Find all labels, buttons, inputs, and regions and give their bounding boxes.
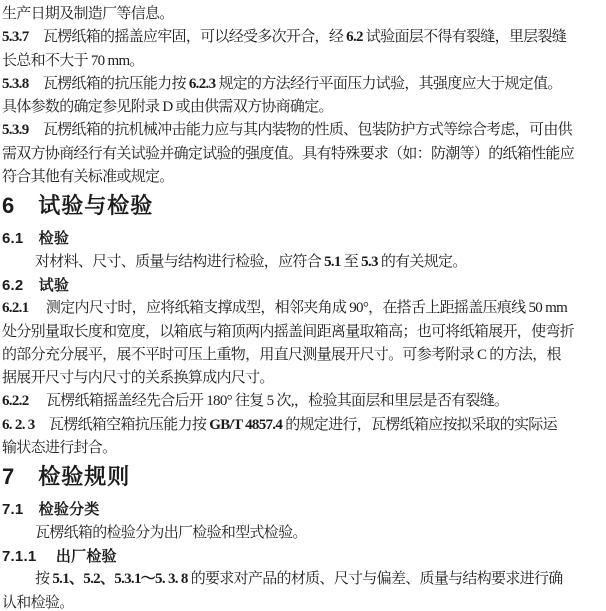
text-run: 试验面层不得有裂缝，里层裂缝 [363,29,566,45]
bold-text-run: 5.1 [324,254,341,270]
bold-text-run: 5.3 [361,254,378,270]
text-run: 长总和不大于 70 mm。 [2,53,144,69]
heading-6-1: 6.1 检验 [2,227,606,250]
heading-6-2: 6.2 试验 [2,274,606,297]
text-run: 瓦楞纸箱摇盖经先合后开 180° 往复 5 次,，检验其面层和里层是否有裂缝。 [29,393,509,409]
heading-section-7: 7 检验规则 [2,462,606,492]
para-5-3-9-line-1: 5.3.9 瓦楞纸箱的抗机械冲击能力应与其内装物的性质、包装防护方式等综合考虑，… [2,119,606,142]
text-run: 7 检验规则 [2,464,130,489]
text-run: 需双方协商经行有关试验并确定试验的强度值。具有特殊要求（如：防潮等）的纸箱性能应 [2,146,574,162]
text-run: 具体参数的确定参见附录 D 或由供需双方协商确定。 [2,99,333,115]
text-run: 据展开尺寸与内尺寸的关系换算成内尺寸。 [2,370,274,386]
text-run: 按 [35,571,52,587]
para-6-1-line-1: 对材料、尺寸、质量与结构进行检验，应符合 5.1 至 5.3 的有关规定。 [2,251,606,274]
para-5-3-7-line-2: 长总和不大于 70 mm。 [2,50,606,73]
bold-text-run: 6.2 [346,29,363,45]
text-run: 7.1 检验分类 [2,501,99,518]
para-5-3-8-line-2: 具体参数的确定参见附录 D 或由供需双方协商确定。 [2,96,606,119]
text-run: 瓦楞纸箱的抗压能力按 [29,76,189,92]
text-run: 生产日期及制造厂等信息。 [2,6,174,22]
para-6-2-1-line-2: 处分别量取长度和宽度，以箱底与箱顶两内摇盖间距离量取箱高；也可将纸箱展开，使弯折 [2,321,606,344]
text-run: 测定内尺寸时，应将纸箱支撑成型，相邻夹角成 90°，在搭舌上距摇盖压痕线 50 … [29,300,568,316]
text-run: 的要求对产品的材质、尺寸与偏差、质量与结构要求进行确 [188,571,563,587]
para-5-3-8-line-1: 5.3.8 瓦楞纸箱的抗压能力按 6.2.3 规定的方法经行平面压力试验，其强度… [2,73,606,96]
bold-text-run: 5.3.9 [2,122,29,138]
text-run: 瓦楞纸箱的摇盖应牢固，可以经受多次开合，经 [29,29,347,45]
text-run: 瓦楞纸箱的检验分为出厂检验和型式检验。 [35,525,307,541]
para-6-2-3-line-1: 6. 2. 3 瓦楞纸箱空箱抗压能力按 GB/T 4857.4 的规定进行，瓦楞… [2,414,606,437]
para-7-1-line-1: 瓦楞纸箱的检验分为出厂检验和型式检验。 [2,522,606,545]
text-run: 的部分充分展平，展不平时可压上重物，用直尺测量展开尺寸。可参考附录 C 的方法，… [2,347,561,363]
para-6-2-2-line-1: 6.2.2 瓦楞纸箱摇盖经先合后开 180° 往复 5 次,，检验其面层和里层是… [2,390,606,413]
text-run: 7.1.1 出厂检验 [2,548,117,565]
text-run: 处分别量取长度和宽度，以箱底与箱顶两内摇盖间距离量取箱高；也可将纸箱展开，使弯折 [2,324,574,340]
para-7-1-1-line-2: 认和检验。 [2,592,606,611]
text-run: 的有关规定。 [378,254,467,270]
heading-7-1: 7.1 检验分类 [2,498,606,521]
bold-text-run: 5.1、5.2、5.3.1～5. 3. 8 [52,571,187,587]
bold-text-run: 6. 2. 3 [2,417,35,433]
text-run: 符合其他有关标准或规定。 [2,169,174,185]
para-5-3-9-line-2: 需双方协商经行有关试验并确定试验的强度值。具有特殊要求（如：防潮等）的纸箱性能应 [2,143,606,166]
heading-section-6: 6 试验与检验 [2,191,606,221]
para-6-2-1-line-4: 据展开尺寸与内尺寸的关系换算成内尺寸。 [2,367,606,390]
text-run: 6 试验与检验 [2,193,153,218]
text-run: 输状态进行封合。 [2,440,116,456]
para-5-3-7-line-1: 5.3.7 瓦楞纸箱的摇盖应牢固，可以经受多次开合，经 6.2 试验面层不得有裂… [2,26,606,49]
text-run: 规定的方法经行平面压力试验，其强度应大于规定值。 [215,76,561,92]
para-6-2-3-line-2: 输状态进行封合。 [2,437,606,460]
bold-text-run: 6.2.2 [2,393,29,409]
text-run: 6.2 试验 [2,277,69,294]
para-6-2-1-line-3: 的部分充分展平，展不平时可压上重物，用直尺测量展开尺寸。可参考附录 C 的方法，… [2,344,606,367]
text-run: 对材料、尺寸、质量与结构进行检验，应符合 [35,254,324,270]
text-run: 认和检验。 [2,595,74,611]
para-7-1-1-line-1: 按 5.1、5.2、5.3.1～5. 3. 8 的要求对产品的材质、尺寸与偏差、… [2,568,606,591]
document-page: 生产日期及制造厂等信息。5.3.7 瓦楞纸箱的摇盖应牢固，可以经受多次开合，经 … [0,0,606,611]
bold-text-run: 5.3.8 [2,76,29,92]
para-6-2-1-line-1: 6.2.1 测定内尺寸时，应将纸箱支撑成型，相邻夹角成 90°，在搭舌上距摇盖压… [2,297,606,320]
heading-7-1-1: 7.1.1 出厂检验 [2,545,606,568]
line-intro-tail: 生产日期及制造厂等信息。 [2,3,606,26]
text-run: 瓦楞纸箱的抗机械冲击能力应与其内装物的性质、包装防护方式等综合考虑，可由供 [29,122,572,138]
bold-text-run: GB/T 4857.4 [209,417,282,433]
bold-text-run: 6.2.1 [2,300,29,316]
text-run: 至 [341,254,361,270]
para-5-3-9-line-3: 符合其他有关标准或规定。 [2,166,606,189]
text-run: 的规定进行，瓦楞纸箱应按拟采取的实际运 [282,417,557,433]
bold-text-run: 5.3.7 [2,29,29,45]
text-run: 6.1 检验 [2,230,69,247]
bold-text-run: 6.2.3 [189,76,216,92]
text-run: 瓦楞纸箱空箱抗压能力按 [35,417,210,433]
